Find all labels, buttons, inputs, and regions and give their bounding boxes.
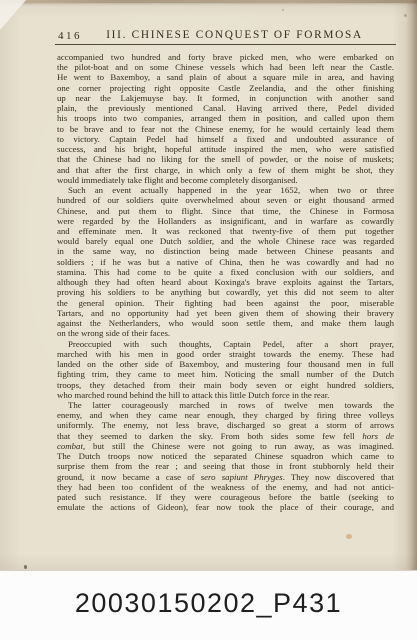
text-segment: Tartars, and no opportunity had yet been…: [57, 308, 394, 318]
text-segment: . They now discovered that: [283, 472, 394, 482]
text-segment: pated such resistance. If they were cour…: [57, 492, 394, 502]
text-line: combat, but still the Chinese were not g…: [57, 441, 394, 451]
text-line: proving his soldiers to be anything but …: [57, 287, 394, 297]
text-segment: ground, it now became a case of: [57, 472, 201, 482]
text-line: landed on the other side of Baxemboy, an…: [57, 359, 394, 369]
text-line: and effeminate men. It was reckoned that…: [57, 226, 394, 236]
text-line: would barely equal one Dutch soldier, an…: [57, 236, 394, 246]
text-line: one corner projecting right opposite Cas…: [57, 83, 394, 93]
text-line: surprise them from the rear ; and seeing…: [57, 461, 394, 471]
text-line: were regarded by the Hollanders as insig…: [57, 216, 394, 226]
text-line: He went to Baxemboy, a sand plain of abo…: [57, 72, 394, 82]
text-line: The Dutch troops now noticed the separat…: [57, 451, 394, 461]
text-segment: to victory. Captain Pedel had himself a …: [57, 134, 394, 144]
text-line: accompanied two hundred and forty brave …: [57, 52, 394, 62]
text-line: his troops into two companies, arranged …: [57, 113, 394, 123]
text-segment: were regarded by the Hollanders as insig…: [57, 216, 394, 226]
text-segment: in the same way, no distinction being ma…: [57, 246, 394, 256]
text-line: Chinese, and put them to flight. Since t…: [57, 206, 394, 216]
text-line: pated such resistance. If they were cour…: [57, 492, 394, 502]
text-line: that they seemed to darken the sky. From…: [57, 431, 394, 441]
text-segment: hors de: [362, 431, 394, 441]
paper-speck: [24, 565, 27, 569]
text-segment: that they seemed to darken the sky. From…: [57, 431, 362, 441]
catalog-number: 20030150202_P431: [75, 588, 342, 619]
text-segment: success, and his bright, hopeful attitud…: [57, 144, 394, 154]
text-line: ground, it now became a case of sero sap…: [57, 472, 394, 482]
page-text: accompanied two hundred and forty brave …: [57, 52, 394, 513]
text-line: Such an event actually happened in the y…: [57, 185, 394, 195]
text-line: hundred of our soldiers quite overwhelme…: [57, 195, 394, 205]
text-line: that the Chinese had no liking for the s…: [57, 154, 394, 164]
text-segment: soldiers ; if he was but a native of Chi…: [57, 257, 394, 267]
text-line: who marched round behind the hill to att…: [57, 390, 394, 400]
text-segment: the pilot-boat and on some Chinese vesse…: [57, 62, 394, 72]
text-segment: sero sapiunt Phryges: [201, 472, 283, 482]
text-segment: one corner projecting right opposite Cas…: [57, 83, 394, 93]
text-line: they had been too confident of the weakn…: [57, 482, 394, 492]
text-line: troops, they detached from their main bo…: [57, 380, 394, 390]
text-segment: He went to Baxemboy, a sand plain of abo…: [57, 72, 394, 82]
text-segment: , but still the Chinese were not going t…: [83, 441, 394, 451]
text-segment: uniformly. The enemy, not less brave, di…: [57, 420, 394, 430]
text-segment: and effeminate men. It was reckoned that…: [57, 226, 394, 236]
text-segment: Chinese, and put them to flight. Since t…: [57, 206, 394, 216]
text-line: marched with his men in good order strai…: [57, 349, 394, 359]
text-line: although they had often heard about Koxi…: [57, 277, 394, 287]
text-segment: against the Netherlanders, who would soo…: [57, 318, 394, 328]
text-line: up near the Lakjemuyse bay. It formed, i…: [57, 93, 394, 103]
text-segment: combat: [57, 441, 83, 451]
text-segment: emulate the actions of Gideon), fear now…: [57, 502, 394, 512]
paper-speck: [404, 14, 407, 17]
text-line: to be brave and to fear not the Chinese …: [57, 124, 394, 134]
text-line: on the wrong side of their faces.: [57, 328, 394, 338]
text-segment: stamina. This had come to be quite a fix…: [57, 267, 394, 277]
text-segment: troops, they detached from their main bo…: [57, 380, 394, 390]
catalog-label-strip: 20030150202_P431: [0, 570, 417, 640]
text-line: the general opinion. Their fighting had …: [57, 298, 394, 308]
scanned-book-page-photo: 416 III. CHINESE CONQUEST OF FORMOSA acc…: [0, 0, 417, 640]
text-segment: that the Chinese had no liking for the s…: [57, 154, 394, 164]
text-segment: they had been too confident of the weakn…: [57, 482, 394, 492]
text-segment: The Dutch troops now noticed the separat…: [57, 451, 394, 461]
paper-stain: [346, 534, 352, 539]
text-segment: marched with his men in good order strai…: [57, 349, 394, 359]
text-line: to victory. Captain Pedel had himself a …: [57, 134, 394, 144]
text-segment: Such an event actually happened in the y…: [68, 185, 394, 195]
text-line: and that after the first charge, in whic…: [57, 165, 394, 175]
text-segment: fighting trim, they came to meet him. No…: [57, 369, 394, 379]
text-line: fighting trim, they came to meet him. No…: [57, 369, 394, 379]
text-segment: although they had often heard about Koxi…: [57, 277, 394, 287]
header-rule: [55, 44, 396, 45]
page-top-edge: [0, 0, 417, 3]
text-segment: landed on the other side of Baxemboy, an…: [57, 359, 394, 369]
text-line: uniformly. The enemy, not less brave, di…: [57, 420, 394, 430]
text-segment: plain, the previously mentioned Canal. H…: [57, 103, 394, 113]
text-line: plain, the previously mentioned Canal. H…: [57, 103, 394, 113]
text-segment: The latter courageously marched in rows …: [68, 400, 394, 410]
text-segment: the general opinion. Their fighting had …: [57, 298, 394, 308]
text-line: success, and his bright, hopeful attitud…: [57, 144, 394, 154]
text-line: stamina. This had come to be quite a fix…: [57, 267, 394, 277]
text-segment: up near the Lakjemuyse bay. It formed, i…: [57, 93, 394, 103]
text-segment: would barely equal one Dutch soldier, an…: [57, 236, 394, 246]
page-right-edge-shadow: [406, 0, 417, 570]
text-line: Preoccupied with such thoughts, Captain …: [57, 339, 394, 349]
book-page: 416 III. CHINESE CONQUEST OF FORMOSA acc…: [0, 0, 417, 570]
text-segment: to be brave and to fear not the Chinese …: [57, 124, 394, 134]
text-segment: his troops into two companies, arranged …: [57, 113, 394, 123]
text-line: would immediately take flight and become…: [57, 175, 394, 185]
text-segment: hundred of our soldiers quite overwhelme…: [57, 195, 394, 205]
paper-speck: [282, 9, 284, 11]
text-segment: who marched round behind the hill to att…: [57, 390, 329, 400]
page-corner: [0, 0, 26, 30]
text-line: Tartars, and no opportunity had yet been…: [57, 308, 394, 318]
text-segment: would immediately take flight and become…: [57, 175, 298, 185]
text-line: enemy, and when they came near enough, t…: [57, 410, 394, 420]
text-segment: Preoccupied with such thoughts, Captain …: [68, 339, 394, 349]
running-header: 416 III. CHINESE CONQUEST OF FORMOSA: [57, 29, 394, 44]
text-line: in the same way, no distinction being ma…: [57, 246, 394, 256]
text-line: soldiers ; if he was but a native of Chi…: [57, 257, 394, 267]
text-segment: and that after the first charge, in whic…: [57, 165, 394, 175]
chapter-title: III. CHINESE CONQUEST OF FORMOSA: [57, 29, 394, 41]
text-line: emulate the actions of Gideon), fear now…: [57, 502, 394, 512]
text-line: against the Netherlanders, who would soo…: [57, 318, 394, 328]
text-line: The latter courageously marched in rows …: [57, 400, 394, 410]
text-segment: surprise them from the rear ; and seeing…: [57, 461, 394, 471]
text-segment: enemy, and when they came near enough, t…: [57, 410, 394, 420]
text-segment: proving his soldiers to be anything but …: [57, 287, 394, 297]
text-segment: accompanied two hundred and forty brave …: [57, 52, 394, 62]
text-line: the pilot-boat and on some Chinese vesse…: [57, 62, 394, 72]
text-segment: on the wrong side of their faces.: [57, 328, 170, 338]
